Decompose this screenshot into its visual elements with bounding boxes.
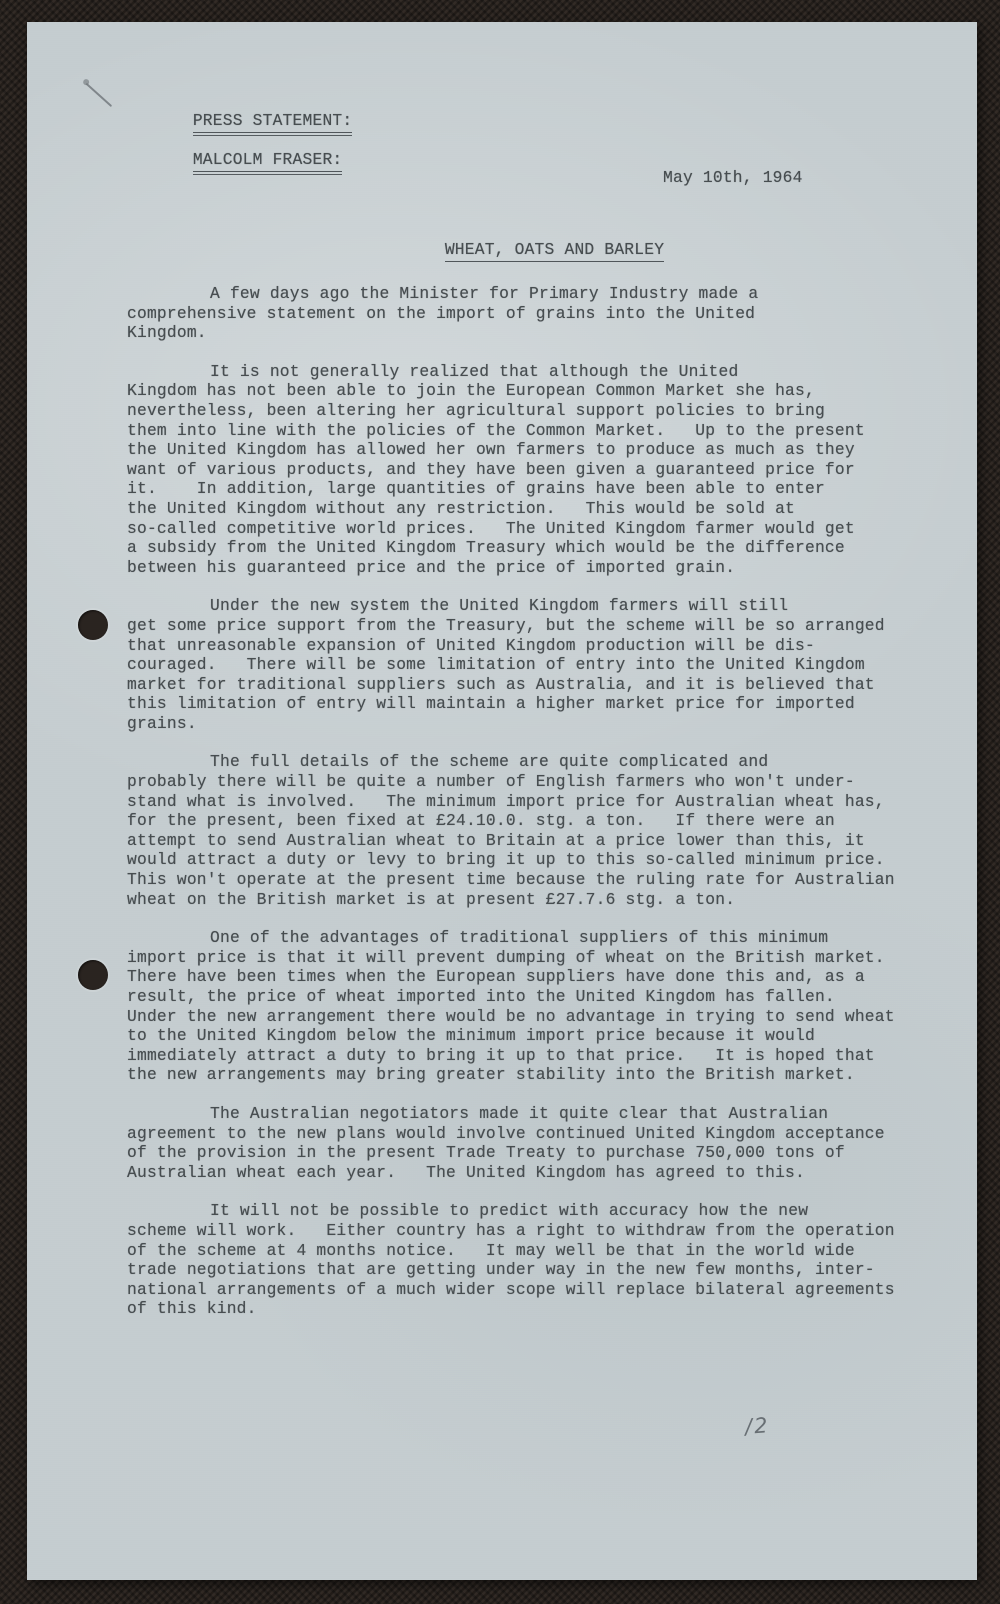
paragraph: It is not generally realized that althou… [127, 362, 937, 578]
paragraph-line: scheme will work. Either country has a r… [127, 1221, 937, 1241]
paragraph-line: the new arrangements may bring greater s… [127, 1065, 937, 1085]
paragraph-line: A few days ago the Minister for Primary … [127, 284, 937, 304]
paragraph-line: it. In addition, large quantities of gra… [127, 479, 937, 499]
paragraph-line: that unreasonable expansion of United Ki… [127, 636, 937, 656]
paragraph-line: couraged. There will be some limitation … [127, 655, 937, 675]
document-title-text: WHEAT, OATS AND BARLEY [445, 240, 664, 262]
paragraph-line: a subsidy from the United Kingdom Treasu… [127, 538, 937, 558]
paragraph-line: of the scheme at 4 months notice. It may… [127, 1241, 937, 1261]
paragraph: The full details of the scheme are quite… [127, 752, 937, 909]
paragraph-line: immediately attract a duty to bring it u… [127, 1046, 937, 1066]
paragraph-line: trade negotiations that are getting unde… [127, 1260, 937, 1280]
paragraph-line: result, the price of wheat imported into… [127, 987, 937, 1007]
paragraph-line: The full details of the scheme are quite… [127, 752, 937, 772]
paragraph-line: stand what is involved. The minimum impo… [127, 792, 937, 812]
punch-hole-bottom [78, 960, 108, 990]
paragraph-line: market for traditional suppliers such as… [127, 675, 937, 695]
paragraph-line: attempt to send Australian wheat to Brit… [127, 831, 937, 851]
paragraph-line: between his guaranteed price and the pri… [127, 558, 937, 578]
paragraph-line: for the present, been fixed at £24.10.0.… [127, 811, 937, 831]
paragraph-line: agreement to the new plans would involve… [127, 1124, 937, 1144]
paragraph-line: wheat on the British market is at presen… [127, 890, 937, 910]
paragraph-line: them into line with the policies of the … [127, 421, 937, 441]
document-body: A few days ago the Minister for Primary … [127, 284, 937, 1338]
paragraph-line: Kingdom has not been able to join the Eu… [127, 381, 937, 401]
paragraph-line: There have been times when the European … [127, 967, 937, 987]
paragraph-line: Under the new arrangement there would be… [127, 1007, 937, 1027]
pen-scratch-mark [86, 83, 112, 107]
author-label: MALCOLM FRASER: [193, 150, 343, 172]
paragraph-line: the United Kingdom has allowed her own f… [127, 440, 937, 460]
paragraph-line: probably there will be quite a number of… [127, 772, 937, 792]
paragraph-line: the United Kingdom without any restricti… [127, 499, 937, 519]
paragraph-line: get some price support from the Treasury… [127, 616, 937, 636]
paragraph-line: national arrangements of a much wider sc… [127, 1280, 937, 1300]
handwritten-page-marker: /2 [744, 1413, 770, 1439]
paragraph-line: of the provision in the present Trade Tr… [127, 1143, 937, 1163]
paragraph-line: Australian wheat each year. The United K… [127, 1163, 937, 1183]
paragraph-line: to the United Kingdom below the minimum … [127, 1026, 937, 1046]
paragraph-line: this limitation of entry will maintain a… [127, 694, 937, 714]
paragraph-line: One of the advantages of traditional sup… [127, 928, 937, 948]
paragraph-line: nevertheless, been altering her agricult… [127, 401, 937, 421]
punch-hole-top [78, 610, 108, 640]
paragraph-line: Kingdom. [127, 323, 937, 343]
document-date: May 10th, 1964 [663, 168, 803, 188]
paragraph-line: of this kind. [127, 1299, 937, 1319]
paragraph-line: It will not be possible to predict with … [127, 1201, 937, 1221]
author-heading: MALCOLM FRASER: [133, 130, 342, 189]
scan-background: PRESS STATEMENT: MALCOLM FRASER: May 10t… [0, 0, 1000, 1604]
paragraph-line: grains. [127, 714, 937, 734]
document-title: WHEAT, OATS AND BARLEY [385, 220, 664, 279]
paragraph-line: so-called competitive world prices. The … [127, 519, 937, 539]
paragraph-line: comprehensive statement on the import of… [127, 304, 937, 324]
paragraph-line: Under the new system the United Kingdom … [127, 596, 937, 616]
paragraph: Under the new system the United Kingdom … [127, 596, 937, 733]
paragraph: One of the advantages of traditional sup… [127, 928, 937, 1085]
paragraph-line: want of various products, and they have … [127, 460, 937, 480]
paragraph: It will not be possible to predict with … [127, 1201, 937, 1319]
paragraph-line: It is not generally realized that althou… [127, 362, 937, 382]
paragraph-line: The Australian negotiators made it quite… [127, 1104, 937, 1124]
paragraph-line: would attract a duty or levy to bring it… [127, 850, 937, 870]
paragraph-line: import price is that it will prevent dum… [127, 948, 937, 968]
document-page: PRESS STATEMENT: MALCOLM FRASER: May 10t… [27, 22, 977, 1580]
paragraph-line: This won't operate at the present time b… [127, 870, 937, 890]
paragraph: A few days ago the Minister for Primary … [127, 284, 937, 343]
paragraph: The Australian negotiators made it quite… [127, 1104, 937, 1182]
